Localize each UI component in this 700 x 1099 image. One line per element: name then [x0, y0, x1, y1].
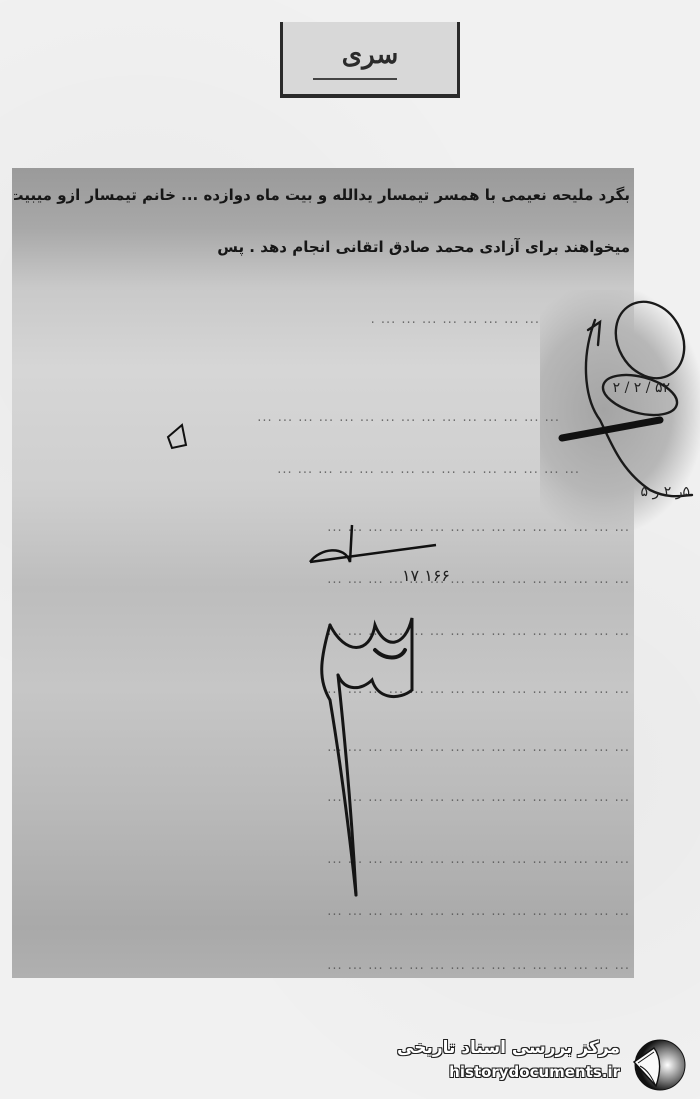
document-page-curl-icon	[630, 1038, 686, 1092]
faded-line-3: ... ... ... ... ... ... ... ... ... ... …	[20, 462, 580, 477]
typed-line-2: میخواهند برای آزادی محمد صادق اتقانی انج…	[200, 238, 630, 256]
margin-date: ۵۲ / ۲ / ۲	[600, 380, 670, 396]
faded-line-7: ... ... ... ... ... ... ... ... ... ... …	[20, 682, 630, 697]
classification-label: سری	[283, 40, 457, 70]
margin-note-bottom: ۵ر ۲ ر ۵	[620, 484, 690, 500]
faded-line-11: ... ... ... ... ... ... ... ... ... ... …	[20, 904, 630, 919]
watermark-title: مرکز بررسی اسناد تاریخی	[397, 1038, 620, 1058]
faded-line-6: ... ... ... ... ... ... ... ... ... ... …	[20, 624, 630, 639]
faded-line-4: ... ... ... ... ... ... ... ... ... ... …	[20, 520, 630, 535]
watermark: مرکز بررسی اسناد تاریخی historydocuments…	[410, 1036, 692, 1092]
faded-line-8: ... ... ... ... ... ... ... ... ... ... …	[20, 740, 630, 755]
faded-line-1: ... ... ... ... ... ... ... ... .	[310, 312, 540, 327]
stamp-underline	[313, 78, 397, 80]
typed-line-1: بگرد ملیحه نعیمی با همسر تیمسار یدالله و…	[14, 186, 630, 204]
faded-line-5: ... ... ... ... ... ... ... ... ... ... …	[20, 572, 630, 587]
faded-line-10: ... ... ... ... ... ... ... ... ... ... …	[20, 852, 630, 867]
faded-line-9: ... ... ... ... ... ... ... ... ... ... …	[20, 790, 630, 805]
faded-line-2: ... ... ... ... ... ... ... ... ... ... …	[20, 410, 560, 425]
faded-line-12: ... ... ... ... ... ... ... ... ... ... …	[20, 958, 630, 973]
center-handwritten-note: ۱۶۶ ۱۷	[370, 566, 450, 585]
classification-stamp: سری	[280, 22, 460, 98]
watermark-url: historydocuments.ir	[449, 1063, 620, 1081]
